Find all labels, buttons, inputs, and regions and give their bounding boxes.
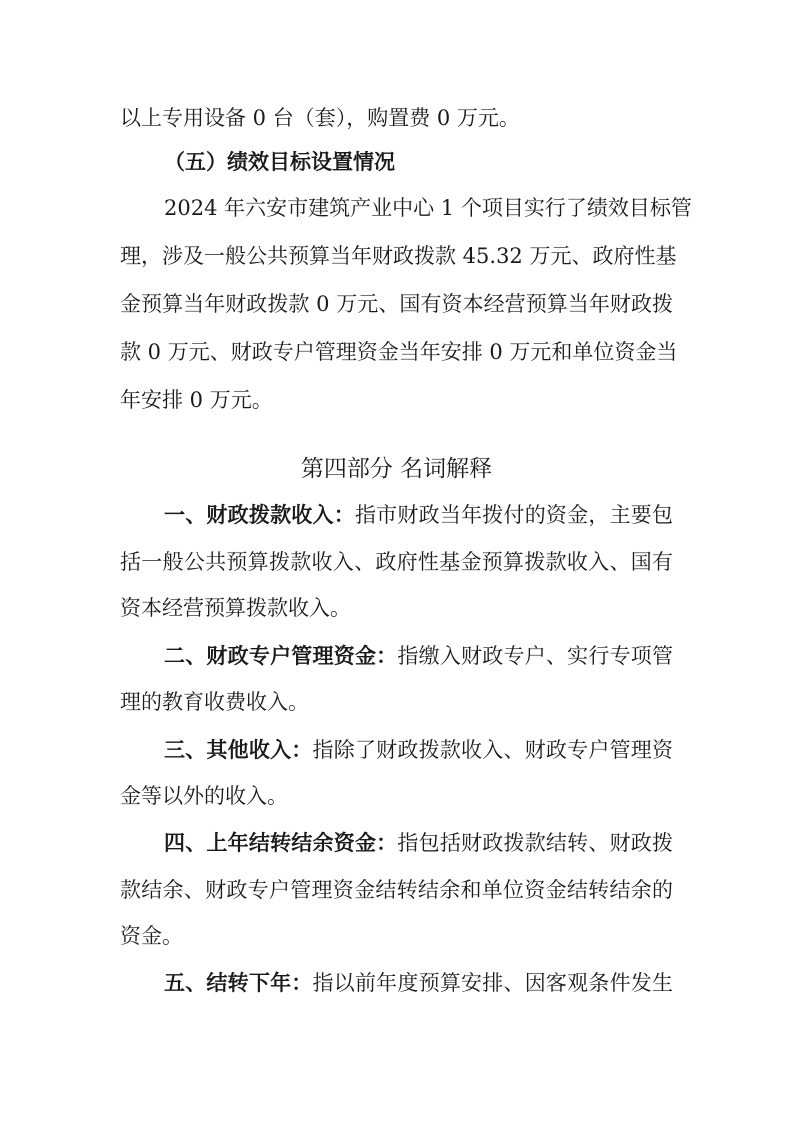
term-line: 四、上年结转结余资金：指包括财政拨款结转、财政拨 [164,827,673,859]
text-line: 金预算当年财政拨款 0 万元、国有资本经营预算当年财政拨 [120,288,673,320]
term-definition: 指除了财政拨款收入、财政专户管理资 [313,738,673,762]
text-line: 金等以外的收入。 [120,780,673,812]
section-heading: （五）绩效目标设置情况 [164,146,673,178]
text-line: 理的教育收费收入。 [120,686,673,718]
text-line: 理，涉及一般公共预算当年财政拨款 45.32 万元、政府性基 [120,240,673,272]
term-definition: 指缴入财政专户、实行专项管 [397,644,673,668]
term-label: 三、其他收入： [164,738,313,762]
term-definition: 指市财政当年拨付的资金，主要包 [355,503,673,527]
term-label: 五、结转下年： [164,971,313,995]
text-line: 款 0 万元、财政专户管理资金当年安排 0 万元和单位资金当 [120,336,673,368]
term-line: 三、其他收入：指除了财政拨款收入、财政专户管理资 [164,734,673,766]
text-line: 年安排 0 万元。 [120,384,673,416]
text-line: 以上专用设备 0 台（套），购置费 0 万元。 [120,102,673,134]
term-label: 二、财政专户管理资金： [164,644,397,668]
term-line: 一、财政拨款收入：指市财政当年拨付的资金，主要包 [164,499,673,531]
term-definition: 指包括财政拨款结转、财政拨 [397,831,673,855]
term-label: 一、财政拨款收入： [164,503,355,527]
term-line: 五、结转下年：指以前年度预算安排、因客观条件发生 [164,967,673,999]
text-line: 资金。 [120,920,673,952]
term-definition: 指以前年度预算安排、因客观条件发生 [313,971,673,995]
text-line: 括一般公共预算拨款收入、政府性基金预算拨款收入、国有 [120,546,673,578]
term-line: 二、财政专户管理资金：指缴入财政专户、实行专项管 [164,640,673,672]
text-line: 款结余、财政专户管理资金结转结余和单位资金结转结余的 [120,874,673,906]
part-title: 第四部分 名词解释 [0,452,793,486]
text-line: 资本经营预算拨款收入。 [120,592,673,624]
text-line: 2024 年六安市建筑产业中心 1 个项目实行了绩效目标管 [164,192,673,224]
term-label: 四、上年结转结余资金： [164,831,397,855]
